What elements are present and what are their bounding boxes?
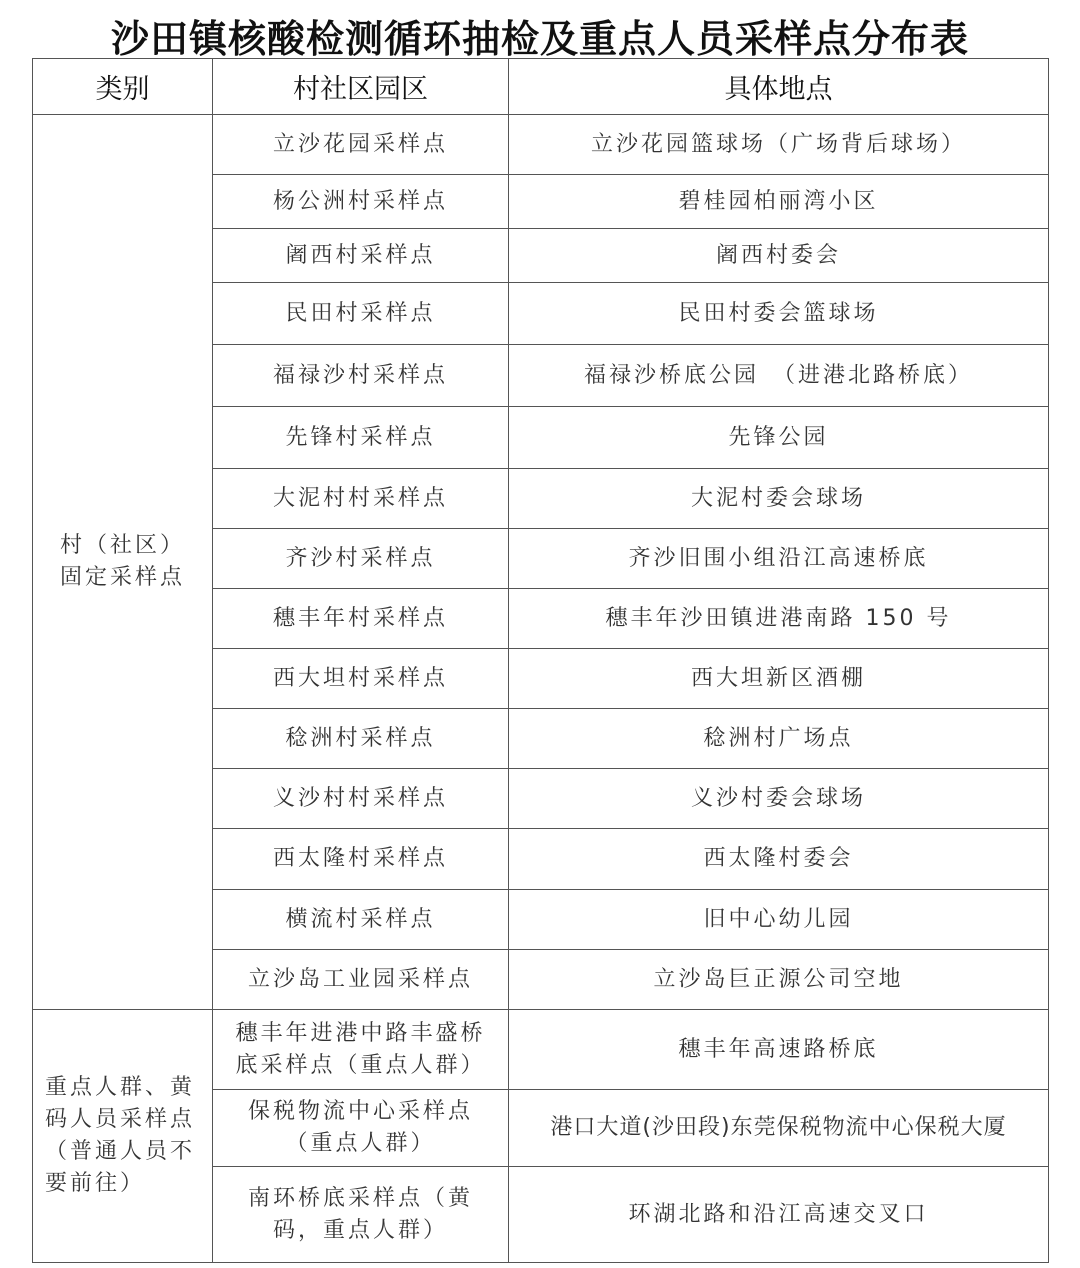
location-cell: 港口大道(沙田段)东莞保税物流中心保税大厦 [509, 1090, 1049, 1167]
page-title: 沙田镇核酸检测循环抽检及重点人员采样点分布表 [0, 8, 1080, 63]
location-cell: 齐沙旧围小组沿江高速桥底 [509, 529, 1049, 589]
site-cell: 穗丰年村采样点 [213, 589, 509, 649]
location-cell: 西大坦新区酒棚 [509, 649, 1049, 709]
site-cell: 先锋村采样点 [213, 407, 509, 469]
site-cell: 齐沙村采样点 [213, 529, 509, 589]
location-cell: 西太隆村委会 [509, 829, 1049, 890]
sampling-sites-table: 类别 村社区园区 具体地点 村（社区）固定采样点立沙花园采样点立沙花园篮球场（广… [32, 58, 1049, 1263]
site-cell: 民田村采样点 [213, 283, 509, 345]
site-cell: 保税物流中心采样点（重点人群） [213, 1090, 509, 1167]
location-cell: 民田村委会篮球场 [509, 283, 1049, 345]
table-row: 村（社区）固定采样点立沙花园采样点立沙花园篮球场（广场背后球场） [33, 115, 1049, 175]
header-site: 村社区园区 [213, 59, 509, 115]
location-cell: 旧中心幼儿园 [509, 890, 1049, 950]
site-cell: 穗丰年进港中路丰盛桥底采样点（重点人群） [213, 1010, 509, 1090]
site-cell: 横流村采样点 [213, 890, 509, 950]
site-cell: 立沙花园采样点 [213, 115, 509, 175]
site-cell: 立沙岛工业园采样点 [213, 950, 509, 1010]
site-cell: 阇西村采样点 [213, 229, 509, 283]
location-cell: 稔洲村广场点 [509, 709, 1049, 769]
location-cell: 穗丰年沙田镇进港南路 150 号 [509, 589, 1049, 649]
table-row: 重点人群、黄码人员采样点（普通人员不要前往）穗丰年进港中路丰盛桥底采样点（重点人… [33, 1010, 1049, 1090]
location-cell: 碧桂园柏丽湾小区 [509, 175, 1049, 229]
location-cell: 立沙花园篮球场（广场背后球场） [509, 115, 1049, 175]
table-header-row: 类别 村社区园区 具体地点 [33, 59, 1049, 115]
location-cell: 穗丰年高速路桥底 [509, 1010, 1049, 1090]
site-cell: 西大坦村采样点 [213, 649, 509, 709]
category-cell: 村（社区）固定采样点 [33, 115, 213, 1010]
site-cell: 大泥村村采样点 [213, 469, 509, 529]
location-cell: 阇西村委会 [509, 229, 1049, 283]
location-cell: 福禄沙桥底公园 （进港北路桥底） [509, 345, 1049, 407]
site-cell: 西太隆村采样点 [213, 829, 509, 890]
site-cell: 福禄沙村采样点 [213, 345, 509, 407]
site-cell: 杨公洲村采样点 [213, 175, 509, 229]
header-location: 具体地点 [509, 59, 1049, 115]
location-cell: 环湖北路和沿江高速交叉口 [509, 1167, 1049, 1263]
table-body: 村（社区）固定采样点立沙花园采样点立沙花园篮球场（广场背后球场）杨公洲村采样点碧… [33, 115, 1049, 1263]
location-cell: 义沙村委会球场 [509, 769, 1049, 829]
category-cell: 重点人群、黄码人员采样点（普通人员不要前往） [33, 1010, 213, 1263]
location-cell: 大泥村委会球场 [509, 469, 1049, 529]
location-cell: 先锋公园 [509, 407, 1049, 469]
site-cell: 稔洲村采样点 [213, 709, 509, 769]
site-cell: 南环桥底采样点（黄码，重点人群） [213, 1167, 509, 1263]
location-cell: 立沙岛巨正源公司空地 [509, 950, 1049, 1010]
site-cell: 义沙村村采样点 [213, 769, 509, 829]
header-category: 类别 [33, 59, 213, 115]
